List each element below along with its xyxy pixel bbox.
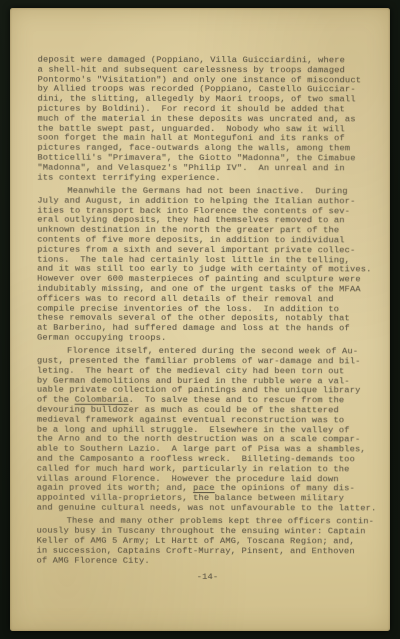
paragraph-florence-entered: Florence itself, entered during the seco… bbox=[37, 347, 379, 514]
paragraph-deposits-damage: deposit were damaged (Poppiano, Villa Gu… bbox=[37, 56, 379, 184]
page-text-block: deposit were damaged (Poppiano, Villa Gu… bbox=[36, 56, 379, 584]
paragraph-german-removals: Meanwhile the Germans had not been inact… bbox=[37, 187, 379, 344]
scanned-page: deposit were damaged (Poppiano, Villa Gu… bbox=[10, 8, 390, 631]
paragraph-officers-winter: These and many other problems kept three… bbox=[36, 517, 378, 567]
page-number: -14- bbox=[36, 573, 378, 584]
